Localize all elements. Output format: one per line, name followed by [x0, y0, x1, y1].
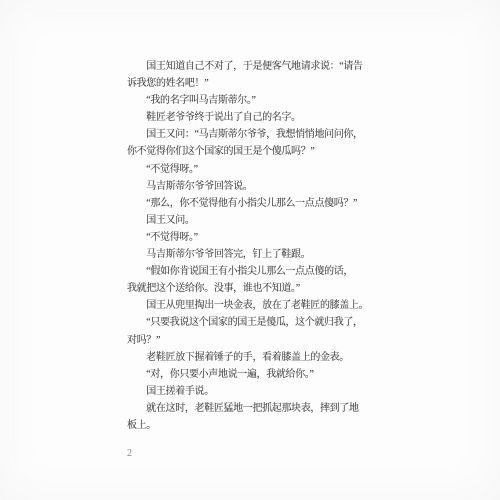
text-line: “那么，你不觉得他有小指尖儿那么一点点傻吗？”: [127, 195, 379, 212]
text-line: 国王从兜里掏出一块金表，放在了老鞋匠的膝盖上。: [127, 297, 379, 314]
text-line: “我的名字叫马吉斯蒂尔。”: [127, 92, 379, 109]
text-line: 诉我您的姓名吧！”: [127, 75, 379, 92]
text-line: “对，你只要小声地说一遍，我就给你。”: [127, 366, 379, 383]
text-line: “只要我说这个国家的国王是傻瓜，这个就归我了，: [127, 314, 379, 331]
text-line: “假如你肯说国王有小指尖儿那么一点点傻的话，: [127, 263, 379, 280]
text-line: “不觉得呀。”: [127, 229, 379, 246]
page-number: 2: [127, 448, 132, 459]
text-line: 对吗？”: [127, 332, 379, 349]
book-page: 国王知道自己不对了，于是便客气地请求说：“请告 诉我您的姓名吧！” “我的名字叫…: [0, 0, 500, 500]
text-line: 鞋匠老爷爷终于说出了自己的名字。: [127, 109, 379, 126]
text-line: 马吉斯蒂尔爷爷回答说。: [127, 178, 379, 195]
text-line: 板上。: [127, 417, 379, 434]
text-line: 马吉斯蒂尔爷爷回答完，钉上了鞋跟。: [127, 246, 379, 263]
text-line: 国王知道自己不对了，于是便客气地请求说：“请告: [127, 58, 379, 75]
text-line: “不觉得呀。”: [127, 161, 379, 178]
text-line: 国王又问：“马吉斯蒂尔爷爷，我想悄悄地问问你，: [127, 126, 379, 143]
text-line: 国王又问。: [127, 212, 379, 229]
text-line: 国王搓着手说。: [127, 383, 379, 400]
text-line: 我就把这个送给你。没事，谁也不知道。”: [127, 280, 379, 297]
text-line: 老鞋匠放下握着锤子的手，看着膝盖上的金表。: [127, 349, 379, 366]
text-line: 就在这时，老鞋匠猛地一把抓起那块表，摔到了地: [127, 400, 379, 417]
text-line: 你不觉得你们这个国家的国王是个傻瓜吗？”: [127, 143, 379, 160]
page-text-block: 国王知道自己不对了，于是便客气地请求说：“请告 诉我您的姓名吧！” “我的名字叫…: [127, 58, 379, 434]
